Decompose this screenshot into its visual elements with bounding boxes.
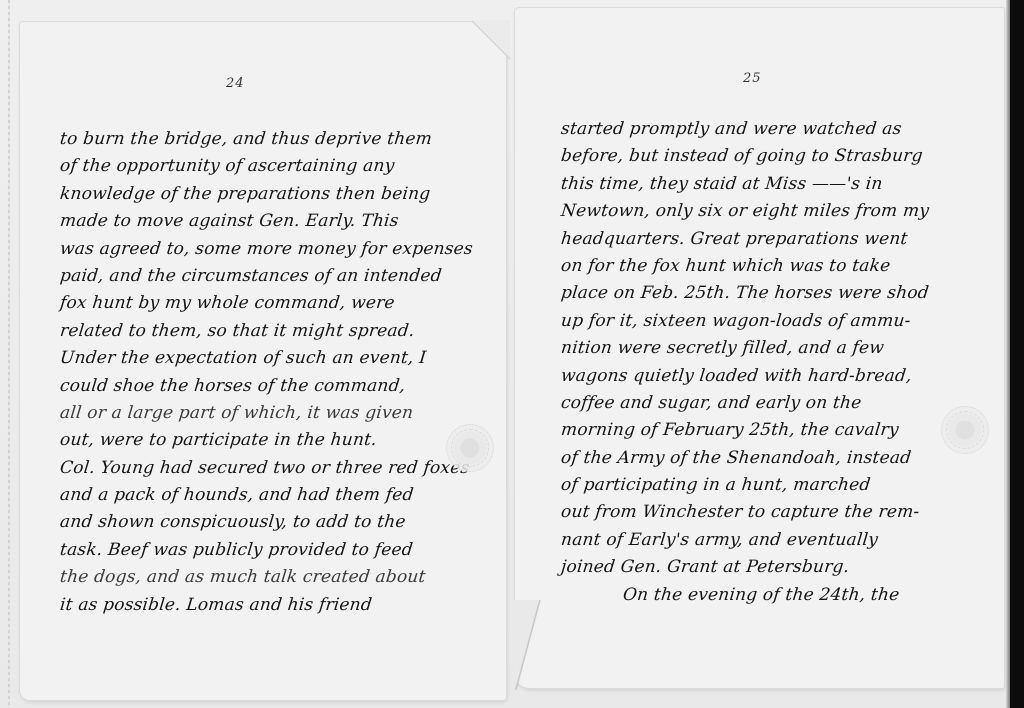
page-number-left: 24 bbox=[226, 76, 245, 91]
text-line: joined Gen. Grant at Petersburg. bbox=[560, 554, 993, 581]
text-line: and shown conspicuously, to add to the bbox=[59, 509, 492, 536]
text-line: Col. Young had secured two or three red … bbox=[59, 455, 492, 482]
text-line: place on Feb. 25th. The horses were shod bbox=[560, 280, 993, 307]
text-line: out from Winchester to capture the rem- bbox=[560, 499, 993, 526]
text-line: task. Beef was publicly provided to feed bbox=[59, 537, 492, 564]
text-line: and a pack of hounds, and had them fed bbox=[59, 482, 492, 509]
right-page-text: started promptly and were watched as bef… bbox=[561, 116, 991, 609]
text-line: morning of February 25th, the cavalry bbox=[560, 417, 993, 444]
scan-border-edge bbox=[1010, 0, 1024, 708]
text-line: before, but instead of going to Strasbur… bbox=[560, 143, 993, 170]
text-line: could shoe the horses of the command, bbox=[59, 373, 492, 400]
text-line: coffee and sugar, and early on the bbox=[560, 390, 993, 417]
text-line: of the opportunity of ascertaining any bbox=[59, 153, 492, 180]
text-line: this time, they staid at Miss ——'s in bbox=[560, 171, 993, 198]
text-line: was agreed to, some more money for expen… bbox=[59, 236, 492, 263]
text-line: made to move against Gen. Early. This bbox=[59, 208, 492, 235]
text-line: fox hunt by my whole command, were bbox=[59, 290, 492, 317]
library-seal-icon bbox=[446, 424, 494, 472]
scanned-manuscript: 24 to burn the bridge, and thus deprive … bbox=[0, 0, 1024, 708]
text-line: to burn the bridge, and thus deprive the… bbox=[59, 126, 492, 153]
text-line: out, were to participate in the hunt. bbox=[59, 427, 492, 454]
text-line: up for it, sixteen wagon-loads of ammu- bbox=[560, 308, 993, 335]
text-line: all or a large part of which, it was giv… bbox=[59, 400, 492, 427]
text-line: it as possible. Lomas and his friend bbox=[59, 592, 492, 619]
text-line: the dogs, and as much talk created about bbox=[59, 564, 492, 591]
text-line: of participating in a hunt, marched bbox=[560, 472, 993, 499]
text-line: knowledge of the preparations then being bbox=[59, 181, 492, 208]
left-page: 24 to burn the bridge, and thus deprive … bbox=[20, 22, 506, 700]
text-line: started promptly and were watched as bbox=[560, 116, 993, 143]
text-line: Under the expectation of such an event, … bbox=[59, 345, 492, 372]
text-line: on for the fox hunt which was to take bbox=[560, 253, 993, 280]
text-line: On the evening of the 24th, the bbox=[560, 582, 993, 609]
text-line: paid, and the circumstances of an intend… bbox=[59, 263, 492, 290]
text-line: related to them, so that it might spread… bbox=[59, 318, 492, 345]
text-line: Newtown, only six or eight miles from my bbox=[560, 198, 993, 225]
text-line: wagons quietly loaded with hard-bread, bbox=[560, 363, 993, 390]
left-page-text: to burn the bridge, and thus deprive the… bbox=[60, 126, 490, 619]
text-line: of the Army of the Shenandoah, instead bbox=[560, 445, 993, 472]
page-number-right: 25 bbox=[743, 71, 762, 86]
text-line: nition were secretly filled, and a few bbox=[560, 335, 993, 362]
binding-edge bbox=[8, 0, 10, 708]
text-line: nant of Early's army, and eventually bbox=[560, 527, 993, 554]
library-seal-icon bbox=[941, 406, 989, 454]
text-line: headquarters. Great preparations went bbox=[560, 226, 993, 253]
right-page: 25 started promptly and were watched as … bbox=[515, 8, 1004, 688]
